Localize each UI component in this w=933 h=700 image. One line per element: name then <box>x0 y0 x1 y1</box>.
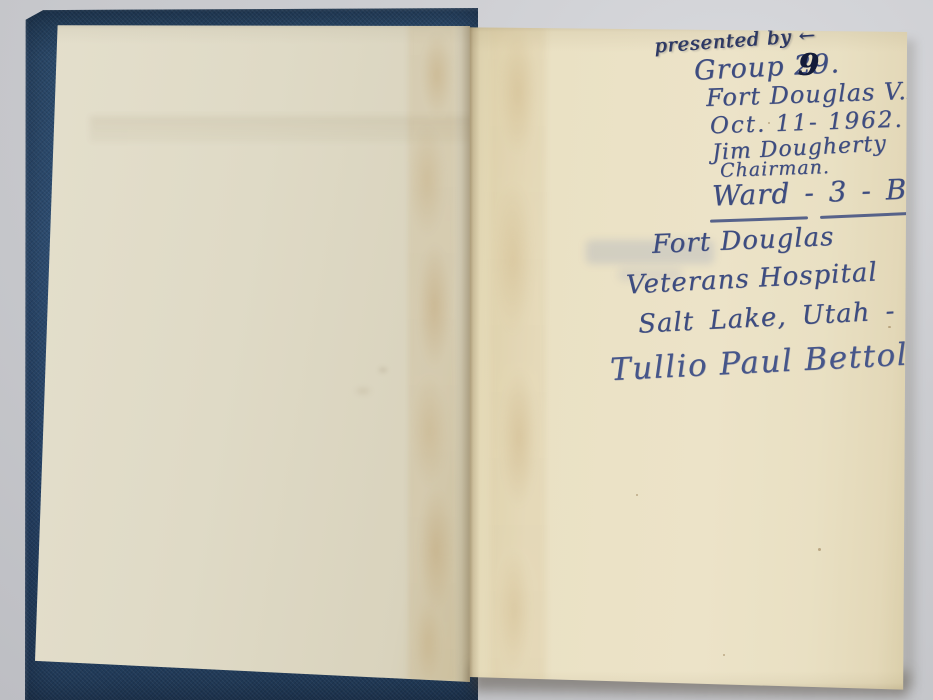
gutter-stain-left <box>408 22 456 682</box>
left-endpaper-page <box>35 22 470 682</box>
gutter-stain-right <box>490 26 546 691</box>
inscription-overwritten-digit: 9 <box>797 48 820 84</box>
foxing-dot <box>636 494 638 496</box>
page-smudge-stain <box>335 352 415 412</box>
foxing-dot <box>818 548 821 551</box>
inscription-ward: Ward - 3 - B. <box>711 172 917 212</box>
photo-scene: presented by ← Group 29. 9 Fort Douglas … <box>0 0 933 700</box>
handwritten-divider-stroke <box>710 216 808 222</box>
gutter-shadow-left <box>454 22 470 682</box>
inscription-address-line3: Salt Lake, Utah - <box>637 296 896 339</box>
gutter-crease <box>468 26 480 691</box>
right-flyleaf-page: presented by ← Group 29. 9 Fort Douglas … <box>468 26 908 691</box>
foxing-dot <box>723 654 725 656</box>
owner-signature: Tullio Paul Bettole <box>609 336 929 389</box>
handwritten-divider-stroke <box>820 212 908 218</box>
inscription-address-line1: Fort Douglas <box>651 222 835 260</box>
